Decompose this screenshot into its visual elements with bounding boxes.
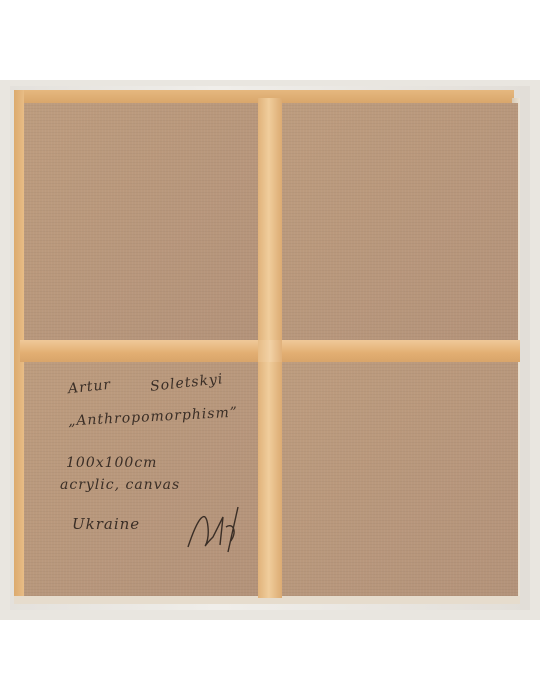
canvas-panel-top-left	[24, 103, 258, 340]
canvas-panel-bottom-right	[282, 362, 518, 596]
artwork-country: Ukraine	[72, 515, 140, 533]
handwritten-inscription: Artur Soletskyi „Anthropomorphism” 100x1…	[60, 375, 260, 565]
signature-icon	[178, 497, 248, 557]
artist-last-name: Soletskyi	[149, 371, 224, 395]
artwork-dimensions: 100x100cm	[66, 455, 157, 471]
artist-first-name: Artur	[67, 377, 112, 397]
artwork-medium: acrylic, canvas	[60, 477, 180, 493]
cross-brace-joint	[258, 340, 282, 362]
canvas-panel-top-right	[282, 103, 518, 340]
artwork-title: „Anthropomorphism”	[68, 405, 239, 430]
